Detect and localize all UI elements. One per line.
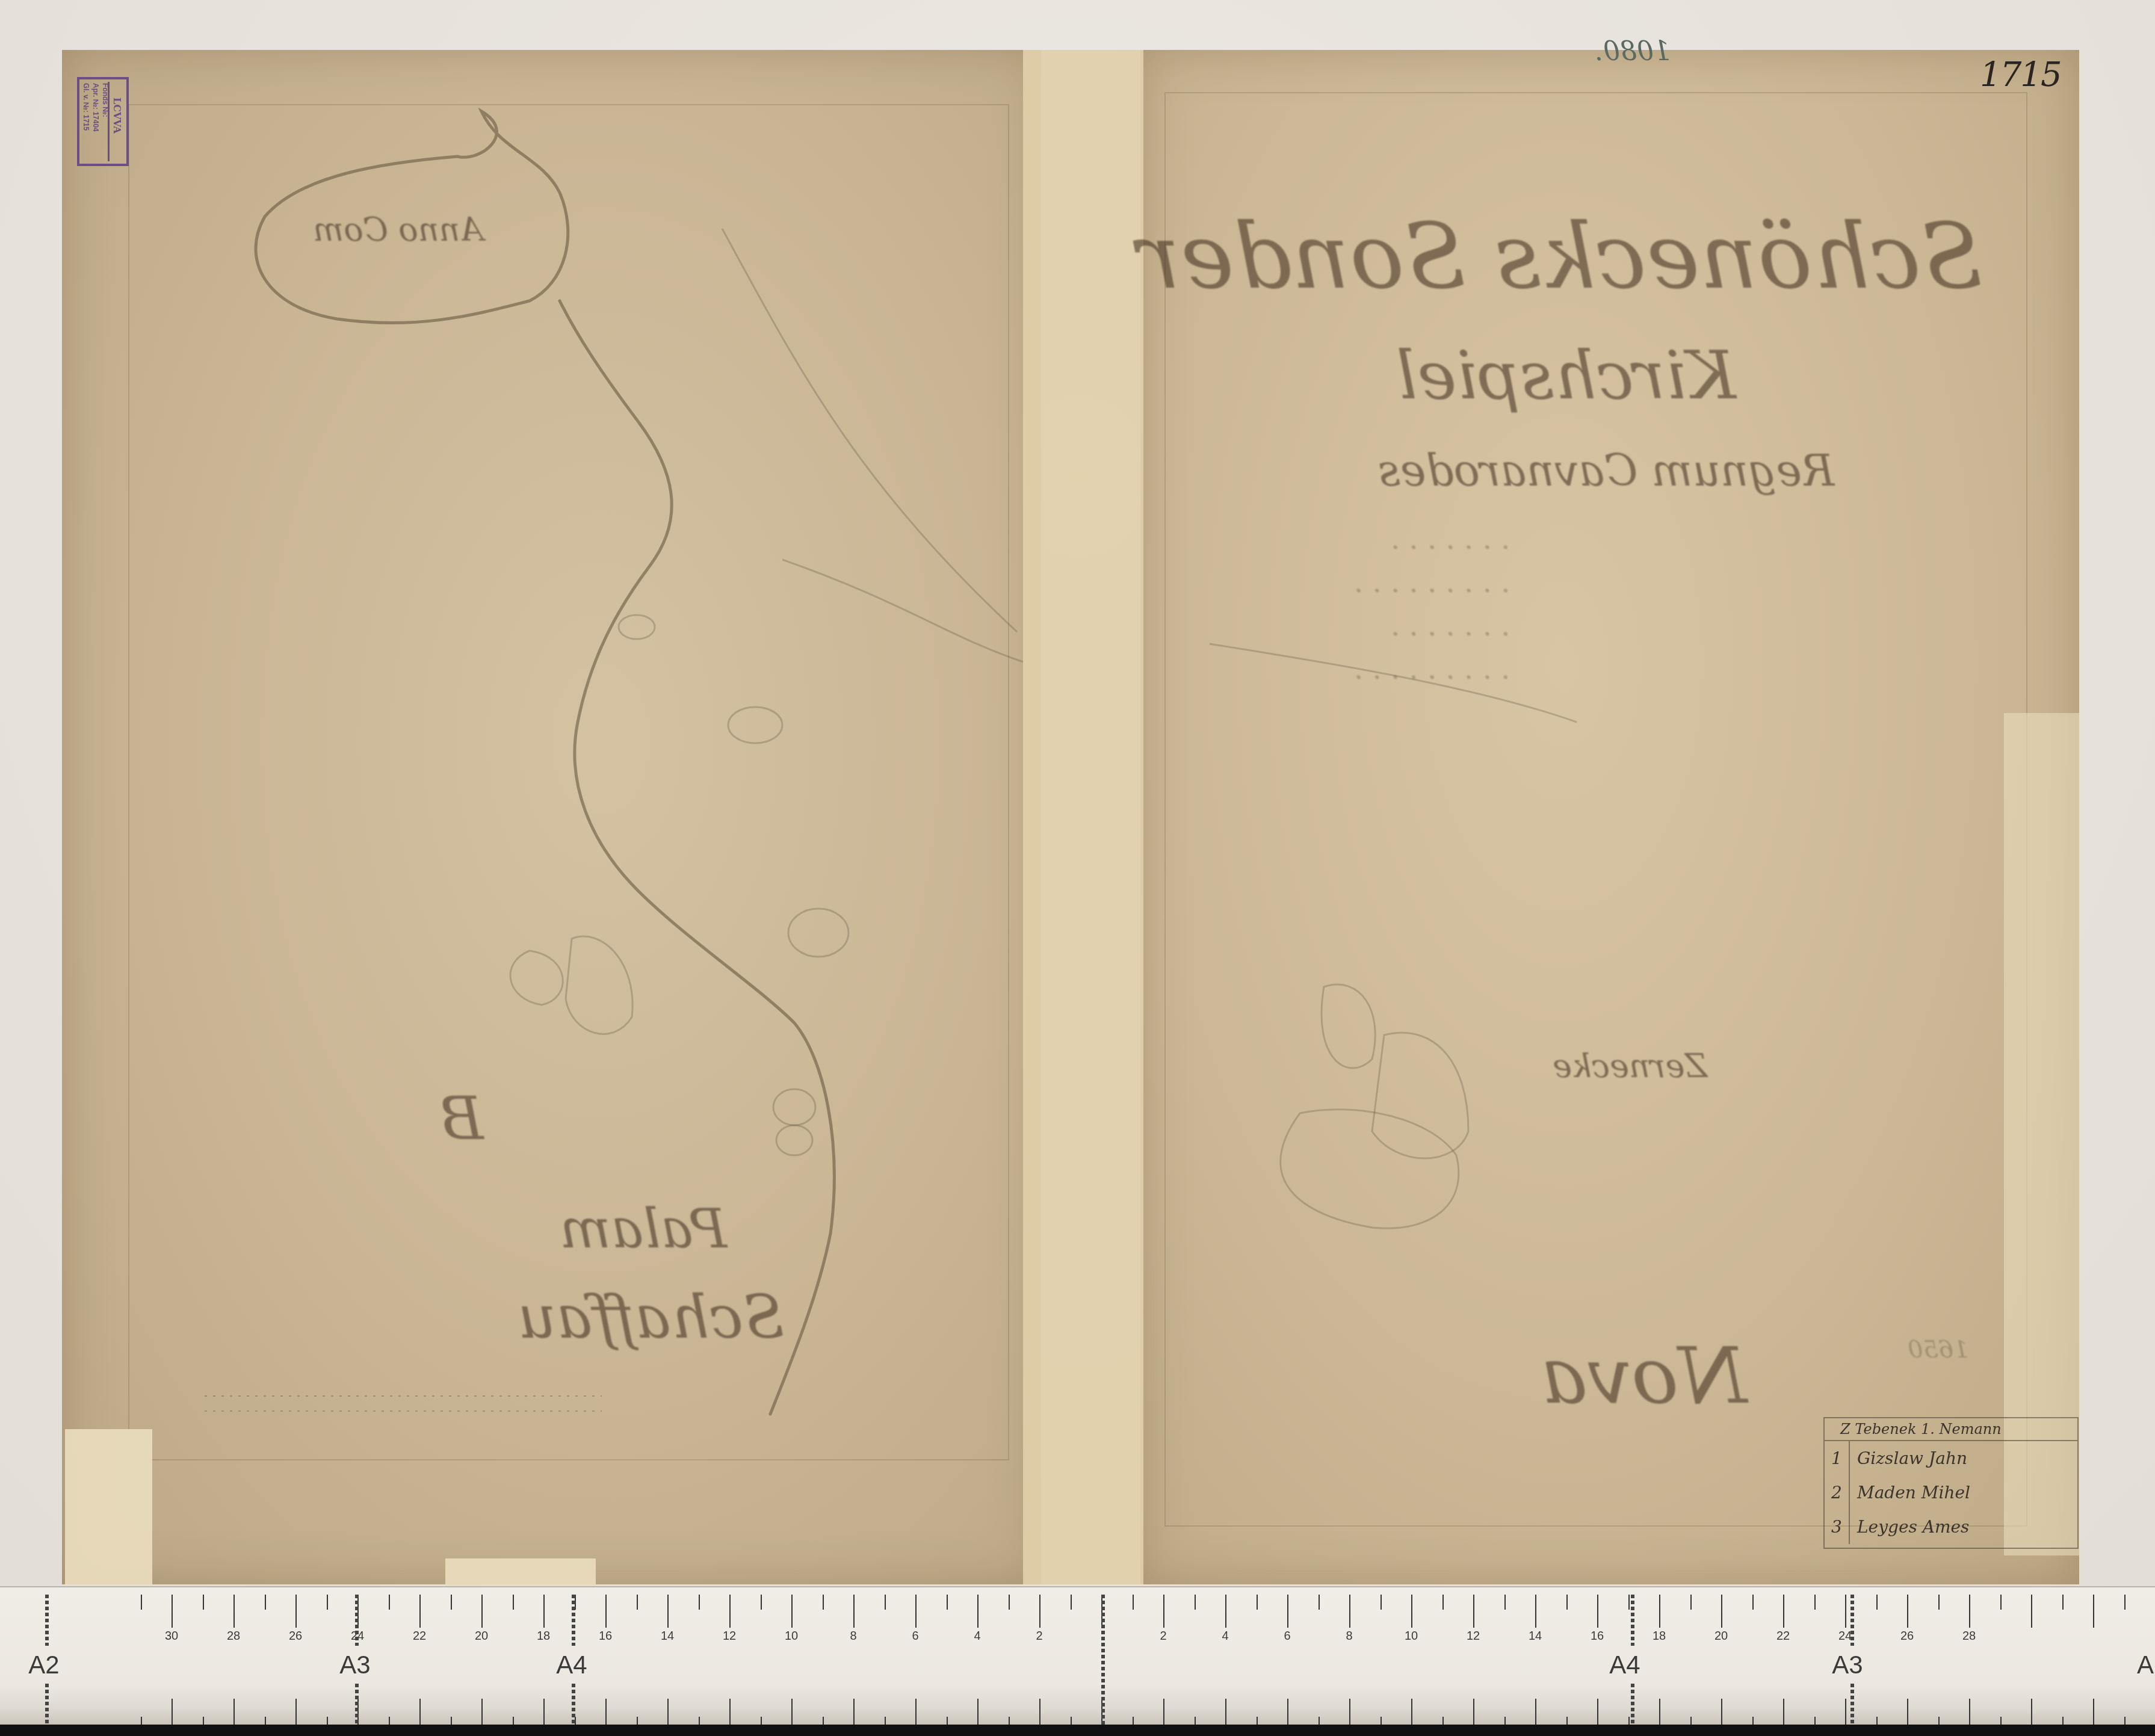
ruler-tick xyxy=(1380,1595,1382,1610)
ruler-label: 2 xyxy=(1160,1629,1166,1643)
paper-size-tick xyxy=(1631,1595,1634,1646)
ruler-label: 22 xyxy=(413,1629,426,1643)
catalog-year: 1715 xyxy=(1980,55,2061,94)
island-label: Anno Com xyxy=(313,211,483,249)
ruler-label: 10 xyxy=(785,1629,798,1643)
paper-size-mark: A3 xyxy=(339,1651,370,1679)
ruler-tick xyxy=(2031,1595,2032,1628)
ruler-tick xyxy=(419,1595,421,1628)
paper-size-tick xyxy=(45,1595,49,1646)
ruler-tick xyxy=(265,1595,266,1610)
paper-size-tick xyxy=(1850,1595,1854,1646)
ruler-tick xyxy=(1907,1699,1908,1726)
ruler-label: 28 xyxy=(1962,1629,1976,1643)
ruler-tick xyxy=(1814,1595,1816,1610)
ruler-tick xyxy=(1287,1699,1288,1726)
ruler-label: 20 xyxy=(475,1629,488,1643)
paper-size-tick xyxy=(1850,1684,1854,1729)
paper-size-mark: A2 xyxy=(28,1651,59,1679)
ruler-tick xyxy=(233,1595,235,1628)
ruler-tick xyxy=(451,1595,452,1610)
ruler-tick xyxy=(543,1699,545,1726)
letter-b: B xyxy=(439,1083,484,1154)
ruler-label: 16 xyxy=(599,1629,612,1643)
ruler-label: 8 xyxy=(850,1629,856,1643)
ruler-tick xyxy=(1349,1699,1350,1726)
ruler-tick xyxy=(1473,1699,1474,1726)
table-row: 2 Maden Mihel xyxy=(1825,1475,2077,1510)
ruler-tick xyxy=(1845,1595,1846,1628)
ruler-label: 12 xyxy=(1467,1629,1480,1643)
table-row: 3 Leyges Ames xyxy=(1825,1510,2077,1544)
ruler-tick xyxy=(1225,1699,1226,1726)
pencil-number: 1650 xyxy=(1908,1336,1969,1364)
ruler-tick xyxy=(1039,1595,1040,1628)
bottom-flourish: Nova xyxy=(1541,1330,1747,1421)
ruler-tick xyxy=(1783,1699,1784,1726)
ruler-tick xyxy=(915,1595,917,1628)
ruler-tick xyxy=(327,1595,328,1610)
ruler-tick xyxy=(543,1595,545,1628)
paper-size-tick xyxy=(572,1684,575,1729)
table-row: 1 Gizslaw Jahn xyxy=(1825,1441,2077,1475)
ruler-tick xyxy=(1257,1595,1258,1610)
ruler-label: 16 xyxy=(1591,1629,1604,1643)
ruler-tick xyxy=(1907,1595,1908,1628)
inventory-number: 1080. xyxy=(1595,36,1671,67)
ruler-label: 26 xyxy=(289,1629,302,1643)
ruler-tick xyxy=(2093,1699,2094,1726)
inventory-table-header: Z Tebenek 1. Nemann xyxy=(1825,1418,2077,1441)
ruler-tick xyxy=(605,1595,607,1628)
ruler-label: 10 xyxy=(1405,1629,1418,1643)
ruler-label: 28 xyxy=(227,1629,240,1643)
ruler-tick xyxy=(1411,1595,1412,1628)
ruler-tick xyxy=(1845,1699,1846,1726)
ruler-label: 6 xyxy=(912,1629,918,1643)
ruler-label: 22 xyxy=(1776,1629,1790,1643)
cartouche-left-line2: Schaffau xyxy=(518,1282,784,1352)
mirrored-legend-text: . . . . . . .. . . . . . . . .. . . . . … xyxy=(1354,517,1510,691)
ruler-label: 2 xyxy=(1036,1629,1042,1643)
ruler-tick xyxy=(729,1595,731,1628)
ruler-tick xyxy=(1504,1595,1506,1610)
ruler-tick xyxy=(1597,1699,1598,1726)
ruler-tick xyxy=(1721,1595,1722,1628)
ruler-tick xyxy=(1659,1595,1660,1628)
ruler-tick xyxy=(233,1699,235,1726)
ruler-tick xyxy=(1039,1699,1040,1726)
paper-size-mark: A3 xyxy=(1832,1651,1863,1679)
ruler-tick xyxy=(637,1595,638,1610)
ruler-tick xyxy=(419,1699,421,1726)
ruler-tick xyxy=(699,1595,700,1610)
ruler-label: 6 xyxy=(1284,1629,1290,1643)
paper-size-tick xyxy=(355,1684,359,1729)
cartouche-left-line1: Palam xyxy=(560,1197,727,1261)
ruler-tick xyxy=(1938,1595,1940,1610)
ruler-tick xyxy=(1535,1699,1536,1726)
stamp-line-fonds: Fonds №: xyxy=(101,83,110,117)
ruler-tick xyxy=(667,1595,669,1628)
ruler-tick xyxy=(977,1595,979,1628)
ruler-tick xyxy=(172,1699,173,1726)
ruler-tick xyxy=(1319,1595,1320,1610)
ruler-tick xyxy=(791,1595,793,1628)
ruler-tick xyxy=(1163,1699,1164,1726)
ruler-tick xyxy=(1628,1595,1630,1610)
ruler-label: 26 xyxy=(1900,1629,1914,1643)
ruler-tick xyxy=(1473,1595,1474,1628)
mirrored-subtitle: Kirchspiel xyxy=(1396,337,1736,414)
ruler-tick xyxy=(1690,1595,1692,1610)
ruler-tick xyxy=(1566,1595,1568,1610)
ruler-tick xyxy=(1783,1595,1784,1628)
ruler-tick xyxy=(1752,1595,1754,1610)
ruler-tick xyxy=(1535,1595,1536,1628)
ruler-tick xyxy=(1133,1595,1134,1610)
ruler-label: 30 xyxy=(165,1629,178,1643)
ruler-tick xyxy=(2124,1595,2126,1610)
stamp-institution: LCVVA xyxy=(111,97,123,134)
ruler-tick xyxy=(1659,1699,1660,1726)
ruler-tick xyxy=(2093,1595,2094,1628)
ruler-tick xyxy=(141,1595,142,1610)
ruler-tick xyxy=(1195,1595,1196,1610)
paper-size-tick xyxy=(572,1595,575,1646)
ruler-tick xyxy=(203,1595,204,1610)
mirrored-subtitle-2: Regnum Cavnarodes xyxy=(1378,445,1834,496)
ruler-tick xyxy=(1876,1595,1878,1610)
ruler-tick xyxy=(823,1595,824,1610)
ruler-tick xyxy=(605,1699,607,1726)
ruler-tick xyxy=(1969,1699,1970,1726)
ruler-center-mark xyxy=(1101,1595,1105,1727)
ruler-tick xyxy=(947,1595,948,1610)
ruler-tick xyxy=(853,1595,855,1628)
ruler-tick xyxy=(1009,1595,1010,1610)
ruler-label: 8 xyxy=(1346,1629,1352,1643)
ruler-tick xyxy=(1349,1595,1350,1628)
ruler-tick xyxy=(389,1595,390,1610)
ruler-tick xyxy=(295,1595,297,1628)
ruler-label: 4 xyxy=(974,1629,980,1643)
ruler-tick xyxy=(172,1595,173,1628)
ruler-label: 20 xyxy=(1714,1629,1728,1643)
ruler-label: 24 xyxy=(1838,1629,1852,1643)
ruler-tick xyxy=(1597,1595,1598,1628)
ruler-tick xyxy=(2031,1699,2032,1726)
ruler-tick xyxy=(1411,1699,1412,1726)
ruler-label: 12 xyxy=(723,1629,736,1643)
ruler-tick xyxy=(853,1699,855,1726)
paper-size-mark: A xyxy=(2137,1651,2154,1679)
ruler-tick xyxy=(977,1699,979,1726)
ruler-label: 18 xyxy=(1653,1629,1666,1643)
archive-stamp: LCVVA Fonds №: Apr. №: 17404 Gl. v. №: 1… xyxy=(77,77,129,166)
ruler-label: 4 xyxy=(1222,1629,1228,1643)
ruler-label: 18 xyxy=(537,1629,550,1643)
paper-size-tick xyxy=(355,1595,359,1646)
ruler-tick xyxy=(1442,1595,1444,1610)
ruler-tick xyxy=(295,1699,297,1726)
ruler-tick xyxy=(791,1699,793,1726)
ruler-tick xyxy=(1163,1595,1164,1628)
ruler-tick xyxy=(1969,1595,1970,1628)
ruler-tick xyxy=(1225,1595,1226,1628)
stamp-line-apr: Apr. №: 17404 xyxy=(91,83,100,132)
ruler-label: 14 xyxy=(661,1629,674,1643)
paper-size-mark: A4 xyxy=(1609,1651,1640,1679)
ruler-tick xyxy=(761,1595,762,1610)
stamp-line-glv: Gl. v. №: 1715 xyxy=(82,83,90,131)
ruler-tick xyxy=(2000,1595,2002,1610)
ruler-tick xyxy=(667,1699,669,1726)
ruler-tick xyxy=(513,1595,514,1610)
ruler-tick xyxy=(1287,1595,1288,1628)
ruler-tick xyxy=(481,1699,483,1726)
ruler-tick xyxy=(1721,1699,1722,1726)
ruler-tick xyxy=(885,1595,886,1610)
ruler-tick xyxy=(1071,1595,1072,1610)
paper-size-tick xyxy=(45,1684,49,1729)
cartouche-right: Zernecke xyxy=(1553,1047,1707,1085)
ruler-label: 14 xyxy=(1529,1629,1542,1643)
paper-size-mark: A4 xyxy=(556,1651,587,1679)
paper-size-tick xyxy=(1631,1684,1634,1729)
ruler-tick xyxy=(481,1595,483,1628)
ruler-base xyxy=(0,1725,2155,1736)
ruler-tick xyxy=(2062,1595,2064,1610)
ruler-tick xyxy=(729,1699,731,1726)
measuring-ruler: 3028262422201816141210864224681012141618… xyxy=(0,1586,2155,1726)
ruler-tick xyxy=(915,1699,917,1726)
mirrored-title: Schönecks Sonder xyxy=(1137,205,1983,309)
inventory-table: Z Tebenek 1. Nemann 1 Gizslaw Jahn 2 Mad… xyxy=(1823,1417,2079,1549)
